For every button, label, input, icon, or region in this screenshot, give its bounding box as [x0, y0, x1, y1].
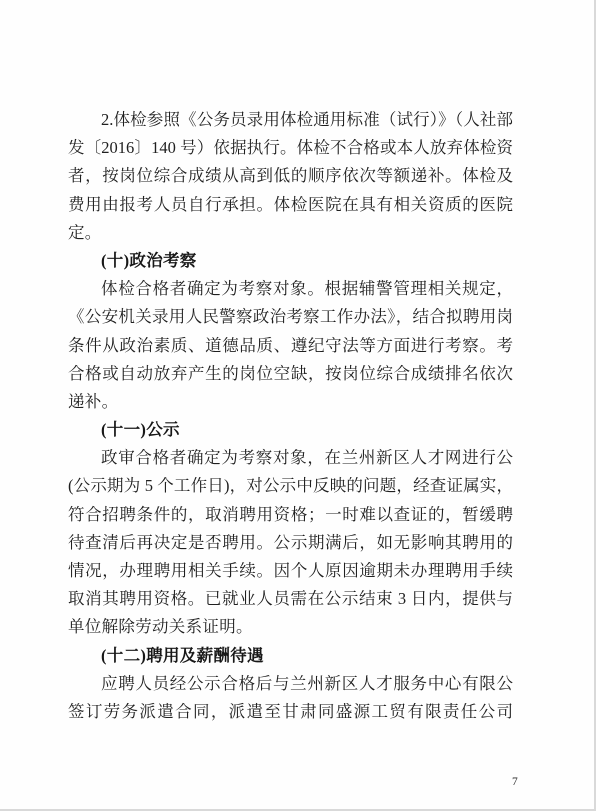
text-line: 《公安机关录用人民警察政治考察工作办法》，结合拟聘用岗位 [68, 303, 513, 331]
document-body: 2.体检参照《公务员录用体检通用标准（试行）》（人社部发〔2016〕140 号）… [68, 106, 513, 726]
document-page: 2.体检参照《公务员录用体检通用标准（试行）》（人社部发〔2016〕140 号）… [0, 0, 596, 811]
text-line: 者，按岗位综合成绩从高到低的顺序依次等额递补。体检及复检 [68, 162, 513, 190]
section-heading: (十一)公示 [68, 416, 513, 444]
page-number: 7 [512, 774, 518, 790]
text-line: 合格或自动放弃产生的岗位空缺，按岗位综合成绩排名依次等额 [68, 360, 513, 388]
text-line: 递补。 [68, 388, 513, 416]
text-line: 费用由报考人员自行承担。体检医院在具有相关资质的医院中确 [68, 191, 513, 219]
text-line: 情况，办理聘用相关手续。因个人原因逾期未办理聘用手续的， [68, 557, 513, 585]
text-line: 应聘人员经公示合格后与兰州新区人才服务中心有限公司 [68, 670, 513, 698]
section-heading: (十)政治考察 [68, 247, 513, 275]
text-line: 取消其聘用资格。已就业人员需在公示结束 3 日内，提供与所在 [68, 585, 513, 613]
text-line: 条件从政治素质、道德品质、遵纪守法等方面进行考察。考察不 [68, 332, 513, 360]
text-line: 签订劳务派遣合同，派遣至甘肃同盛源工贸有限责任公司（甘肃 [68, 698, 513, 726]
paragraph: 体检合格者确定为考察对象。根据辅警管理相关规定，参照《公安机关录用人民警察政治考… [68, 275, 513, 416]
paragraph: 2.体检参照《公务员录用体检通用标准（试行）》（人社部发〔2016〕140 号）… [68, 106, 513, 247]
text-line: 发〔2016〕140 号）依据执行。体检不合格或本人放弃体检资格 [68, 134, 513, 162]
section-heading: (十二)聘用及薪酬待遇 [68, 642, 513, 670]
text-line: 政审合格者确定为考察对象，在兰州新区人才网进行公示 [68, 444, 513, 472]
text-line: 2.体检参照《公务员录用体检通用标准（试行）》（人社部 [68, 106, 513, 134]
text-line: 待查清后再决定是否聘用。公示期满后，如无影响其聘用的相关 [68, 529, 513, 557]
paragraph: 应聘人员经公示合格后与兰州新区人才服务中心有限公司签订劳务派遣合同，派遣至甘肃同… [68, 670, 513, 726]
paragraph: 政审合格者确定为考察对象，在兰州新区人才网进行公示(公示期为 5 个工作日)，对… [68, 444, 513, 641]
text-line: 体检合格者确定为考察对象。根据辅警管理相关规定，参照 [68, 275, 513, 303]
text-line: 单位解除劳动关系证明。 [68, 613, 513, 641]
text-line: 符合招聘条件的，取消聘用资格；一时难以查证的，暂缓聘用， [68, 501, 513, 529]
text-line: (公示期为 5 个工作日)，对公示中反映的问题，经查证属实，不 [68, 472, 513, 500]
text-line: 定。 [68, 219, 513, 247]
